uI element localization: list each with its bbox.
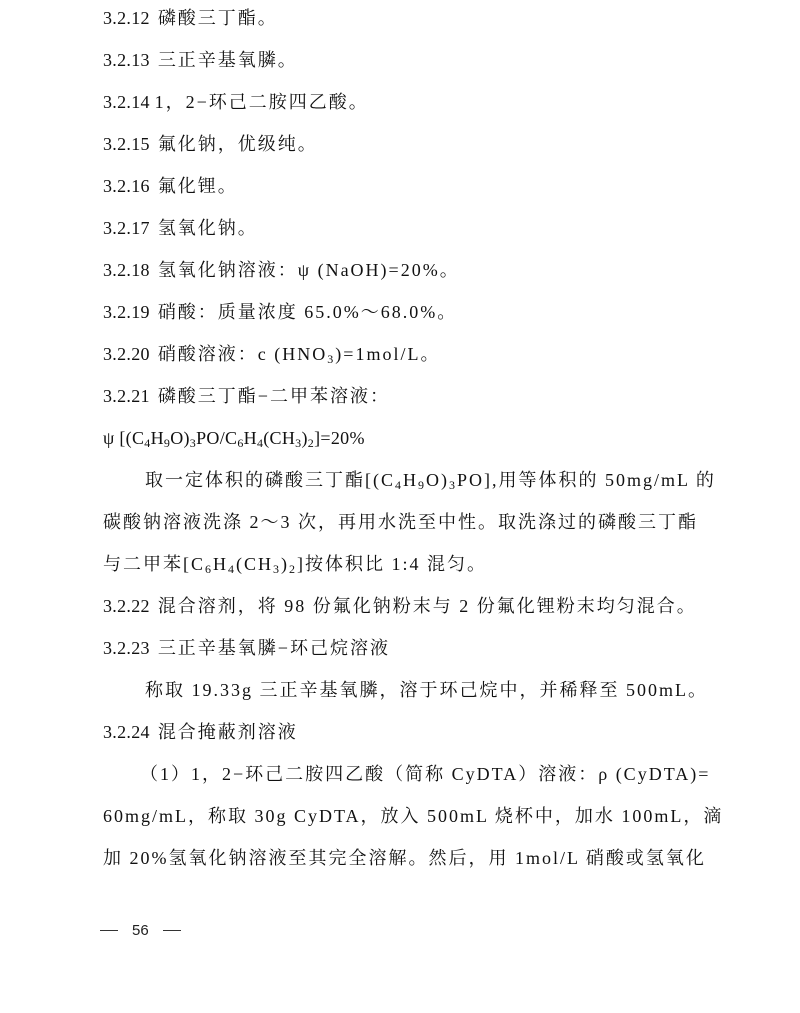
text-part: PO],用等体积的 50mg/mL 的	[457, 470, 716, 490]
item-number: 3.2.22	[103, 596, 150, 616]
text-part: O)	[170, 428, 190, 448]
text-part: 与二甲苯[C	[103, 554, 205, 574]
item-text: 氢氧化钠。	[158, 218, 258, 238]
formula-line: ψ [(C4H9O)3PO/C6H4(CH3)2]=20%	[103, 426, 365, 450]
item-3-2-19: 3.2.19硝酸：质量浓度 65.0%～68.0%。	[103, 300, 457, 324]
item-3-2-14: 3.2.14 1，2−环己二胺四乙酸。	[103, 90, 369, 114]
text-part: PO/C	[196, 428, 237, 448]
item-number: 3.2.18	[103, 260, 150, 280]
item-text: 磷酸三丁酯。	[158, 8, 278, 28]
text-part: ]按体积比 1:4 混匀。	[297, 554, 487, 574]
text-part: H	[403, 470, 418, 490]
text-part: 硝酸溶液：c (HNO	[158, 344, 327, 364]
subscript: 6	[205, 562, 213, 576]
paragraph-tbp-line-3: 与二甲苯[C6H4(CH3)2]按体积比 1:4 混匀。	[103, 552, 487, 576]
item-3-2-23: 3.2.23三正辛基氧膦−环己烷溶液	[103, 636, 390, 660]
item-text: 1，2−环己二胺四乙酸。	[155, 92, 369, 112]
paragraph-tbp-line-2: 碳酸钠溶液洗涤 2～3 次，再用水洗至中性。取洗涤过的磷酸三丁酯	[103, 510, 698, 534]
text-part: )=1mol/L。	[335, 344, 440, 364]
item-3-2-16: 3.2.16氟化锂。	[103, 174, 238, 198]
item-number: 3.2.16	[103, 176, 150, 196]
item-number: 3.2.14	[103, 92, 150, 112]
text-part: (CH	[263, 428, 295, 448]
item-text: 三正辛基氧膦−环己烷溶液	[158, 638, 390, 658]
document-page: 3.2.12磷酸三丁酯。 3.2.13三正辛基氧膦。 3.2.14 1，2−环己…	[0, 0, 800, 1013]
item-text: 混合溶剂，将 98 份氟化钠粉末与 2 份氟化锂粉末均匀混合。	[158, 596, 697, 616]
subscript: 2	[289, 562, 297, 576]
item-3-2-13: 3.2.13三正辛基氧膦。	[103, 48, 298, 72]
subscript: 3	[449, 478, 457, 492]
text-part: ψ [(C	[103, 428, 144, 448]
text-part: (CH	[236, 554, 273, 574]
item-text: 硝酸：质量浓度 65.0%～68.0%。	[158, 302, 458, 322]
paragraph-tbp-line-1: 取一定体积的磷酸三丁酯[(C4H9O)3PO],用等体积的 50mg/mL 的	[145, 468, 716, 492]
item-number: 3.2.13	[103, 50, 150, 70]
item-number: 3.2.15	[103, 134, 150, 154]
text-part: H	[213, 554, 228, 574]
item-3-2-12: 3.2.12磷酸三丁酯。	[103, 6, 278, 30]
item-number: 3.2.19	[103, 302, 150, 322]
item-text: 氢氧化钠溶液：ψ (NaOH)=20%。	[158, 260, 460, 280]
paragraph-cydta-line-3: 加 20%氢氧化钠溶液至其完全溶解。然后，用 1mol/L 硝酸或氢氧化	[103, 846, 706, 870]
item-3-2-17: 3.2.17氢氧化钠。	[103, 216, 258, 240]
item-number: 3.2.21	[103, 386, 150, 406]
text-part: H	[244, 428, 257, 448]
item-3-2-18: 3.2.18氢氧化钠溶液：ψ (NaOH)=20%。	[103, 258, 460, 282]
text-part: O)	[426, 470, 449, 490]
item-number: 3.2.12	[103, 8, 150, 28]
text-part: )	[281, 554, 289, 574]
item-number: 3.2.24	[103, 722, 150, 742]
item-text: 氟化钠，优级纯。	[158, 134, 318, 154]
item-3-2-22: 3.2.22混合溶剂，将 98 份氟化钠粉末与 2 份氟化锂粉末均匀混合。	[103, 594, 697, 618]
paragraph-topo: 称取 19.33g 三正辛基氧膦，溶于环己烷中，并稀释至 500mL。	[145, 678, 708, 702]
text-part: ]=20%	[314, 428, 365, 448]
text-part: 取一定体积的磷酸三丁酯[(C	[145, 470, 395, 490]
item-text: 混合掩蔽剂溶液	[158, 722, 298, 742]
subscript: 4	[395, 478, 403, 492]
item-text: 三正辛基氧膦。	[158, 50, 298, 70]
paragraph-cydta-line-1: （1）1，2−环己二胺四乙酸（简称 CyDTA）溶液：ρ (CyDTA)=	[140, 762, 710, 786]
item-3-2-15: 3.2.15氟化钠，优级纯。	[103, 132, 318, 156]
item-3-2-21: 3.2.21磷酸三丁酯−二甲苯溶液：	[103, 384, 390, 408]
text-part: H	[151, 428, 164, 448]
subscript: 4	[228, 562, 236, 576]
item-number: 3.2.17	[103, 218, 150, 238]
item-number: 3.2.23	[103, 638, 150, 658]
item-text: 硝酸溶液：c (HNO3)=1mol/L。	[158, 344, 441, 364]
subscript: 3	[273, 562, 281, 576]
item-text: 磷酸三丁酯−二甲苯溶液：	[158, 386, 390, 406]
item-3-2-20: 3.2.20硝酸溶液：c (HNO3)=1mol/L。	[103, 342, 440, 366]
page-number: 56	[132, 922, 149, 939]
paragraph-cydta-line-2: 60mg/mL，称取 30g CyDTA，放入 500mL 烧杯中，加水 100…	[103, 804, 723, 828]
dash-decoration	[163, 930, 181, 931]
item-3-2-24: 3.2.24混合掩蔽剂溶液	[103, 720, 298, 744]
item-text: 氟化锂。	[158, 176, 238, 196]
page-footer: 56	[100, 922, 181, 939]
item-number: 3.2.20	[103, 344, 150, 364]
subscript: 9	[418, 478, 426, 492]
dash-decoration	[100, 930, 118, 931]
